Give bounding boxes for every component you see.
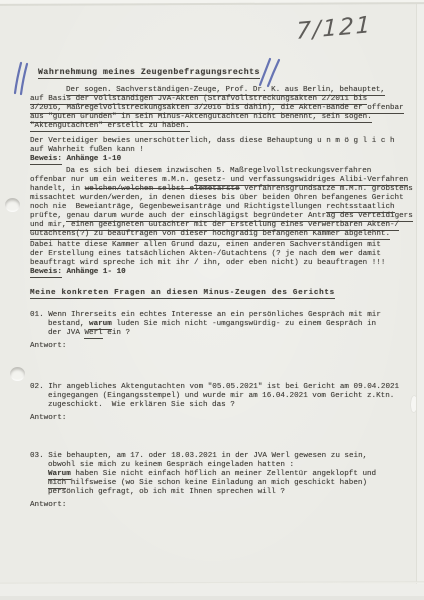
doc-text-segment: Verfahrensgrundsätze m.M.n. gröbstens [240, 185, 413, 193]
doc-line: 02. Ihr angebliches Aktengutachten vom "… [30, 383, 418, 392]
page-right-margin [417, 4, 424, 600]
question-01: 01. Wenn Ihrerseits ein echtes Interesse… [30, 311, 418, 338]
doc-line: Warum haben Sie nicht einfach höflich an… [30, 470, 418, 479]
doc-text-segment: haben Sie nicht einfach höflich an meine… [71, 470, 376, 478]
doc-text-segment: handelt, in [30, 185, 85, 193]
doc-line: bestand, warum luden Sie mich nicht -umg… [30, 320, 418, 329]
doc-text-segment: 03. Sie behaupten, am 17. oder 18.03.202… [30, 452, 367, 460]
doc-text-segment: Antwort: [30, 414, 66, 422]
beweis-1: Beweis: Anhänge 1-10 [30, 155, 418, 164]
doc-line: 3/2016, Maßregelvollstreckungsakten 3/20… [30, 104, 418, 113]
doc-text-segment: der JVA [48, 329, 84, 337]
beweis-2: Beweis: Anhänge 1- 10 [30, 268, 418, 277]
hole-punch-bottom [10, 367, 25, 381]
doc-line: 01. Wenn Ihrerseits ein echtes Interesse… [30, 311, 418, 320]
para-proceedings: Da es sich bei diesem inzwischen 5. Maßr… [30, 167, 418, 239]
doc-line: obwohl sie mich zu keinem Gespräch einge… [30, 461, 418, 470]
blue-slash-marks-left-icon [11, 60, 31, 96]
para-defender: Der Verteidiger bewies unerschütterlich,… [30, 137, 418, 155]
doc-text-segment: Werl [84, 329, 102, 339]
page-right-edge [416, 4, 417, 600]
scan-bottom-shadow [0, 596, 424, 600]
doc-text-segment: ein ? [103, 329, 130, 337]
doc-title: Wahrnehmung meines Zeugenbefragungsrecht… [38, 68, 418, 77]
question-02: 02. Ihr angebliches Aktengutachten vom "… [30, 383, 418, 410]
doc-line: Antwort: [30, 501, 418, 510]
doc-text-segment: Antwort: [30, 342, 66, 350]
doc-line: persönlich gefragt, ob ich mit Ihnen spr… [30, 488, 418, 497]
doc-text-segment: prüfte, [30, 212, 66, 220]
doc-line: offenbar nur um ein weiteres m.M.n. gese… [30, 176, 418, 185]
doc-text-segment: 01. Wenn Ihrerseits ein echtes Interesse… [30, 311, 381, 319]
doc-line: 03. Sie behaupten, am 17. oder 18.03.202… [30, 452, 418, 461]
doc-line: mich hilfsweise (wo Sie schon keine Einl… [30, 479, 418, 488]
doc-line: eingegangen (Eingangsstempel) und wurde … [30, 392, 418, 401]
para-expert-claim: Der sogen. Sachverständigen-Zeuge, Prof.… [30, 86, 418, 131]
doc-line: Meine konkreten Fragen an diesen Minus-Z… [30, 289, 418, 298]
doc-text-segment: Beweis: [30, 268, 62, 278]
doc-line: Beweis: Anhänge 1- 10 [30, 268, 418, 277]
doc-line: missachtet wurden/werden, in denen diese… [30, 194, 418, 203]
hole-punch-top [5, 198, 20, 212]
answer-02: Antwort: [30, 414, 418, 423]
doc-text-segment: Da es sich bei diesem inzwischen 5. Maßr… [66, 167, 371, 175]
section-heading: Meine konkreten Fragen an diesen Minus-Z… [30, 289, 418, 298]
doc-line: Gutachtens(?) zu beauftragen von dieser … [30, 230, 418, 239]
doc-line: auf Basis der vollständigen JVA-Akten (S… [30, 95, 418, 104]
doc-text-segment: Meine konkreten Fragen an diesen Minus-Z… [30, 289, 335, 299]
doc-line: beauftragt wird spreche ich mit ihr / ih… [30, 259, 418, 268]
doc-line: der JVA Werl ein ? [30, 329, 418, 338]
doc-text-segment: "Aktengutachten" erstellt zu haben. [30, 122, 190, 132]
doc-text-segment: hilfsweise (wo Sie schon keine Einladung… [66, 479, 367, 487]
doc-text-segment: Anhänge 1- 10 [62, 268, 126, 276]
doc-line: und mir, einen geeigneten Gutachter mit … [30, 221, 418, 230]
doc-text-segment: auf Wahrheit fußen kann ! [30, 146, 144, 154]
doc-text-segment: Beweis: [30, 155, 62, 165]
doc-line: Der sogen. Sachverständigen-Zeuge, Prof.… [30, 86, 418, 95]
doc-text-segment: obwohl sie mich zu keinem Gespräch einge… [48, 461, 294, 469]
doc-line: noch nie Beweianträge, Gegenbeweisanträg… [30, 203, 418, 212]
doc-line: Der Verteidiger bewies unerschütterlich,… [30, 137, 418, 146]
doc-line: Antwort: [30, 342, 418, 351]
answer-01: Antwort: [30, 342, 418, 351]
doc-line: Da es sich bei diesem inzwischen 5. Maßr… [30, 167, 418, 176]
doc-text-segment: Gutachtens(?) zu beauftragen von dieser … [30, 230, 390, 240]
doc-text-segment: Antwort: [30, 501, 66, 509]
document-body: Wahrnehmung meines Zeugenbefragungsrecht… [30, 4, 418, 510]
doc-line: prüfte, genau darum wurde auch der einsc… [30, 212, 418, 221]
doc-text-segment: 02. Ihr angebliches Aktengutachten vom "… [30, 383, 399, 391]
doc-text-segment: zugeschickt. Wie erklären Sie sich das ? [48, 401, 235, 409]
question-03: 03. Sie behaupten, am 17. oder 18.03.202… [30, 452, 418, 497]
doc-line: auf Wahrheit fußen kann ! [30, 146, 418, 155]
scanned-page: 7/121 Wahrnehmung meines Zeugenbefragung… [0, 4, 424, 600]
para-chamber: Dabei hatte diese Kammer allen Grund daz… [30, 241, 418, 268]
doc-text-segment: beauftragt wird spreche ich mit ihr / ih… [30, 259, 385, 267]
doc-text-segment: Der Verteidiger bewies unerschütterlich,… [30, 137, 395, 145]
doc-line: handelt, in welchen/welchem selbst eleme… [30, 185, 418, 194]
doc-line: Dabei hatte diese Kammer allen Grund daz… [30, 241, 418, 250]
doc-text-segment: persönlich gefragt, ob ich mit Ihnen spr… [48, 488, 285, 496]
doc-line: Antwort: [30, 414, 418, 423]
doc-text-segment: missachtet wurden/werden, in denen diese… [30, 194, 404, 202]
doc-line: Beweis: Anhänge 1-10 [30, 155, 418, 164]
answer-03: Antwort: [30, 501, 418, 510]
doc-text-segment: bestand, [48, 320, 89, 328]
doc-text-segment: Anhänge 1-10 [62, 155, 121, 163]
doc-text-segment: luden Sie mich nicht -umgangswürdig- zu … [112, 320, 376, 328]
doc-line: Wahrnehmung meines Zeugenbefragungsrecht… [38, 68, 418, 77]
doc-text-segment: offenbar nur um ein weiteres m.M.n. [30, 176, 194, 184]
doc-text-segment: noch nie Beweianträge, Gegenbeweisanträg… [30, 203, 326, 211]
doc-text-segment: Wahrnehmung meines Zeugenbefragungsrecht… [38, 68, 260, 79]
doc-line: aus "guten Gründen" in sein Minus-Akteng… [30, 113, 418, 122]
doc-line: "Aktengutachten" erstellt zu haben. [30, 122, 418, 131]
doc-text-segment: Dabei hatte diese Kammer allen Grund daz… [30, 241, 381, 249]
doc-text-segment: der Erstellung eines tatsächlichen Akten… [30, 250, 381, 258]
doc-line: der Erstellung eines tatsächlichen Akten… [30, 250, 418, 259]
doc-text-segment: eingegangen (Eingangsstempel) und wurde … [48, 392, 394, 400]
doc-line: zugeschickt. Wie erklären Sie sich das ? [30, 401, 418, 410]
doc-text-segment: welchen/welchem selbst elemetarste [85, 185, 240, 193]
